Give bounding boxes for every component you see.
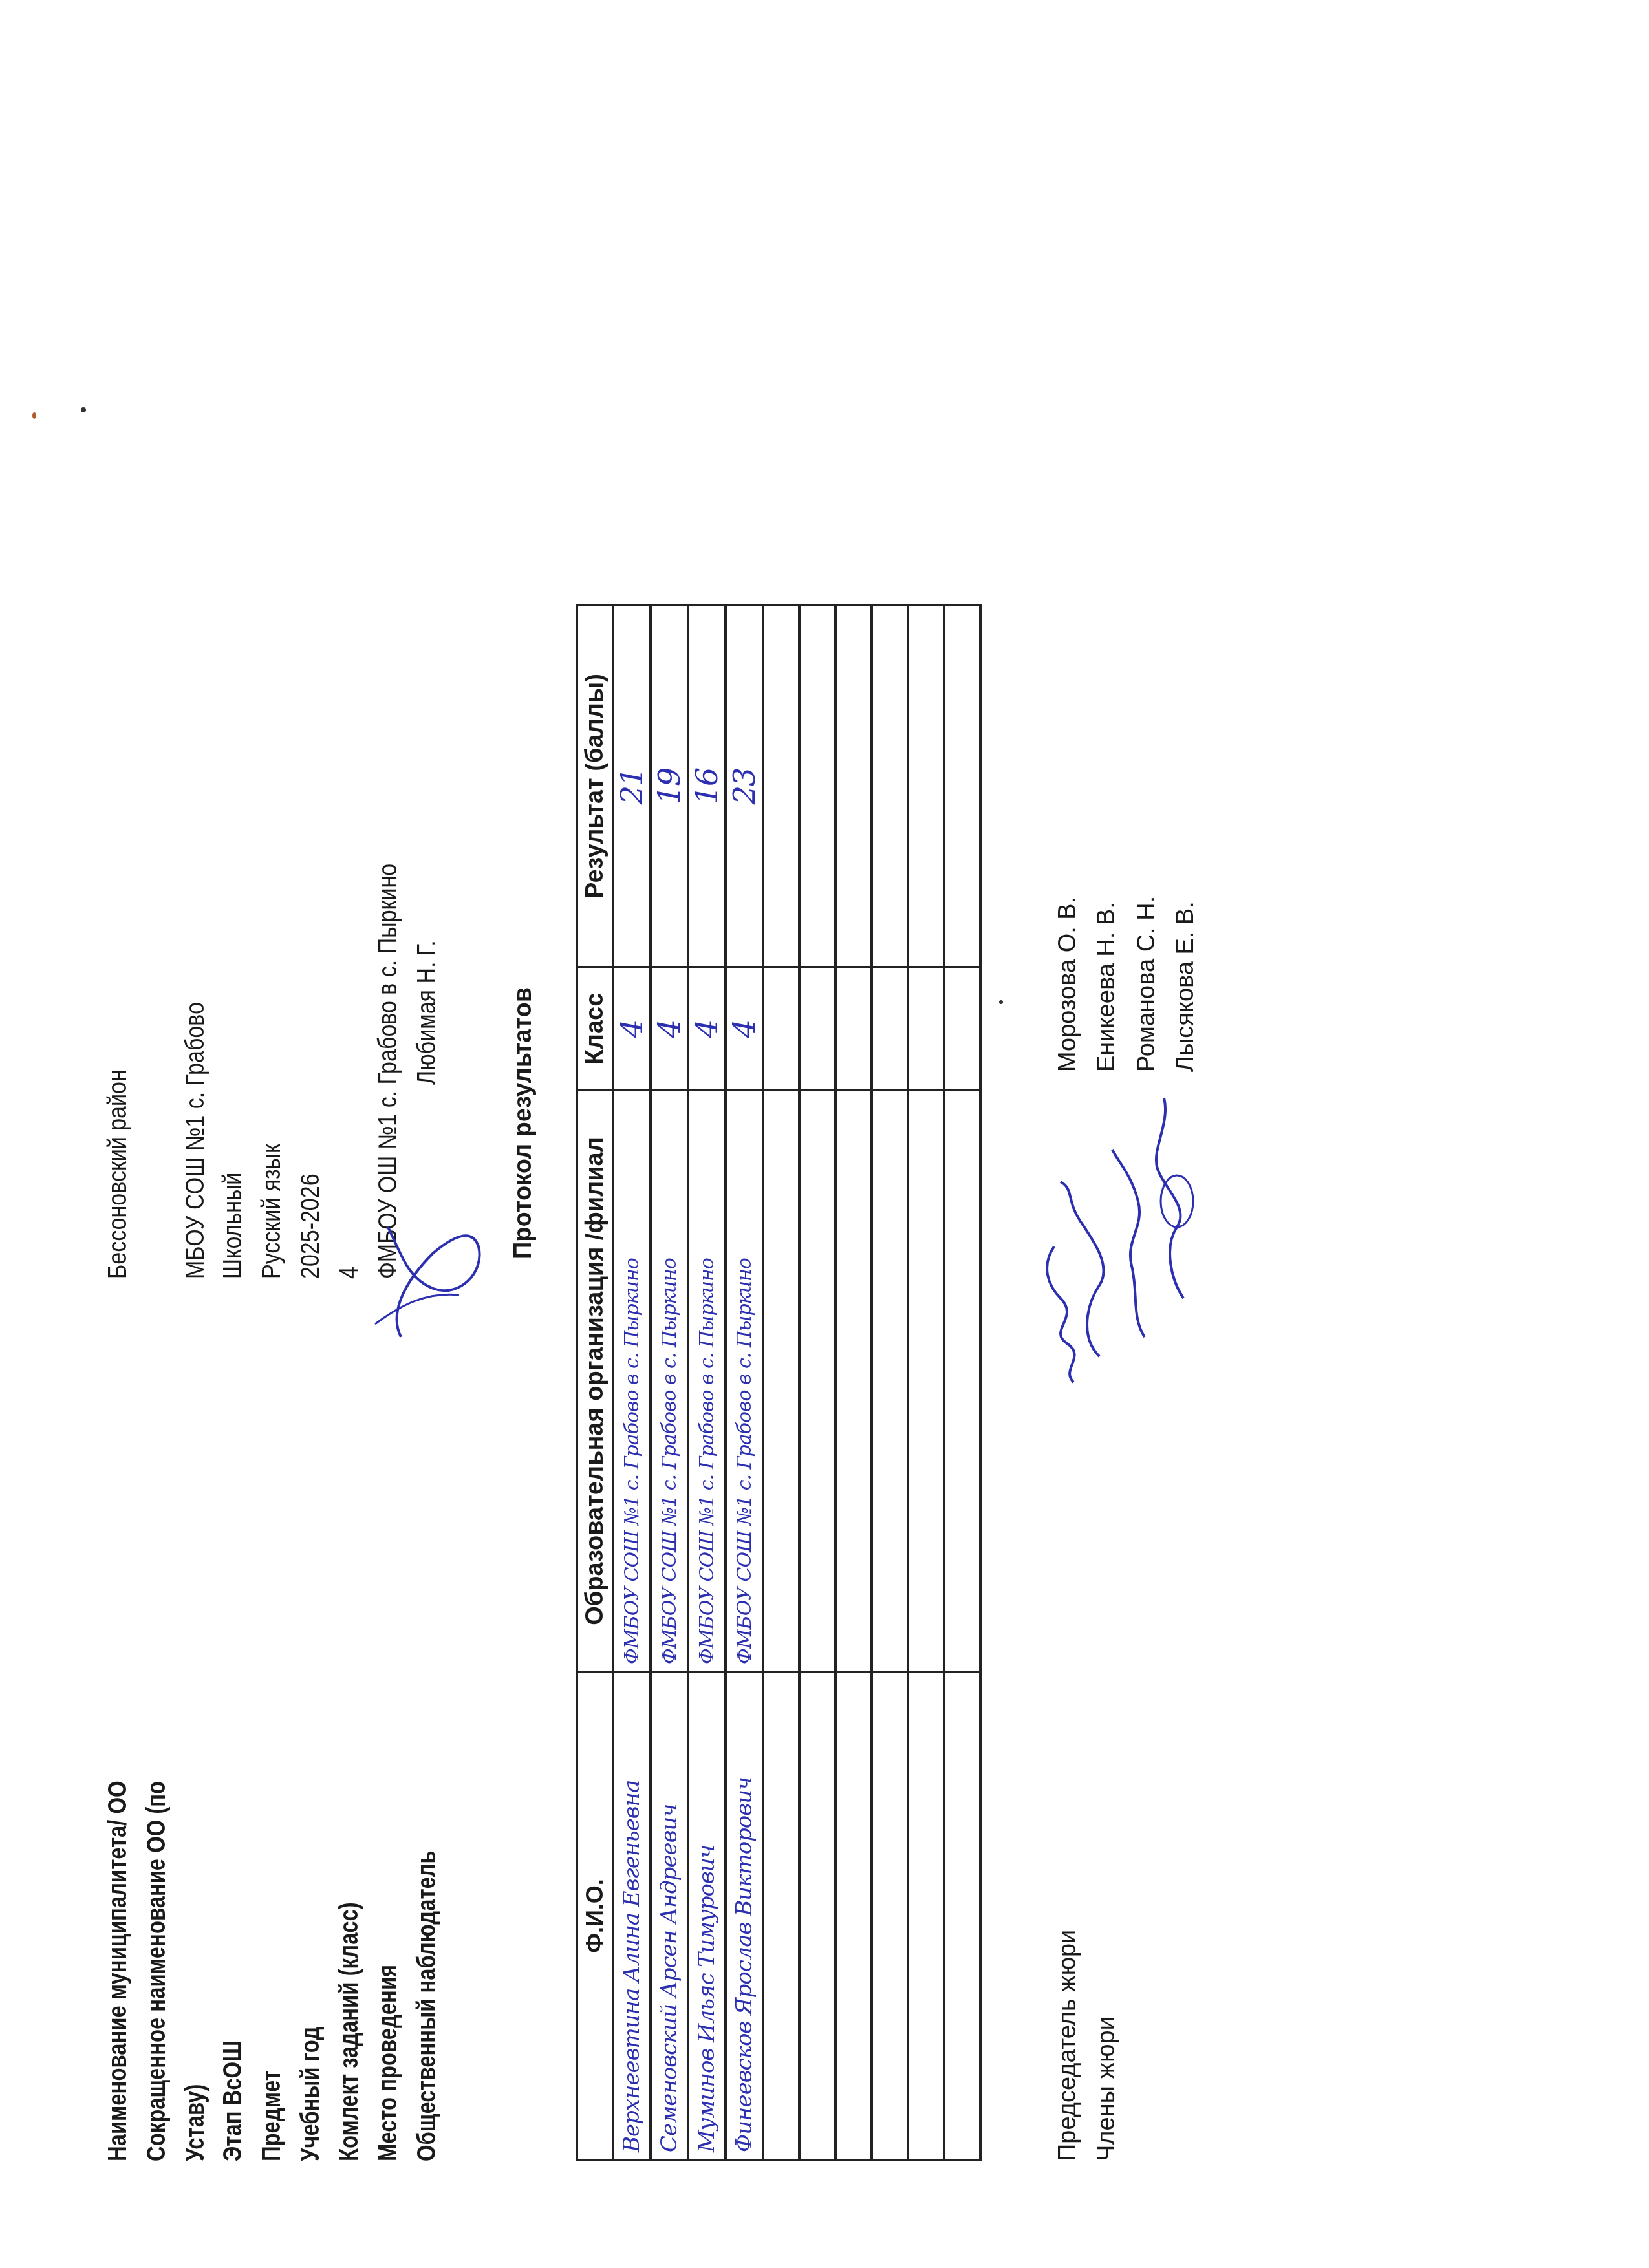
- cell-organization: ФМБОУ СОШ №1 с. Грабово в с. Пыркино: [613, 1090, 651, 1672]
- jury-chair-name: Морозова О. В.: [1054, 897, 1082, 1072]
- cell-score: 19: [651, 605, 688, 967]
- info-value-year: 2025-2026: [296, 1173, 325, 1279]
- info-label-task-set: Комлект заданий (класс): [335, 1902, 364, 2161]
- cell-fio: [944, 1672, 980, 2160]
- cell-grade: 4: [651, 967, 688, 1090]
- cell-fio: [908, 1672, 944, 2160]
- cell-fio: [835, 1672, 872, 2160]
- info-label-municipality: Наименование муниципалитета/ ОО: [103, 1781, 133, 2161]
- info-value-stage: Школьный: [219, 1173, 248, 1279]
- jury-signatures-icon: [1035, 1085, 1216, 1395]
- table-header-row: Ф.И.О. Образовательная организация /фили…: [577, 605, 613, 2160]
- scan-speck: [32, 412, 36, 419]
- table-row: [799, 605, 835, 2160]
- observer-signature-icon: [362, 1214, 491, 1350]
- table-row: Семеновский Арсен АндреевичФМБОУ СОШ №1 …: [651, 605, 688, 2160]
- cell-grade: [908, 967, 944, 1090]
- info-label-observer: Общественный наблюдатель: [413, 1850, 442, 2161]
- cell-grade: [799, 967, 835, 1090]
- cell-organization: ФМБОУ СОШ №1 с. Грабово в с. Пыркино: [688, 1090, 726, 1672]
- scanned-protocol-page: Наименование муниципалитета/ ОО Сокращен…: [0, 0, 1649, 2268]
- scan-speck: [999, 1000, 1003, 1004]
- jury-member-name: Романова С. Н.: [1133, 896, 1161, 1072]
- cell-organization: [908, 1090, 944, 1672]
- cell-organization: ФМБОУ СОШ №1 с. Грабово в с. Пыркино: [651, 1090, 688, 1672]
- cell-score: [799, 605, 835, 967]
- table-row: [908, 605, 944, 2160]
- cell-score: 23: [726, 605, 763, 967]
- header-fio: Ф.И.О.: [577, 1672, 613, 2160]
- info-value-municipality: Бессоновский район: [103, 1069, 133, 1279]
- cell-fio: Семеновский Арсен Андреевич: [651, 1672, 688, 2160]
- info-label-short-name: Сокращенное наименование ОО (по: [142, 1781, 171, 2161]
- cell-organization: [944, 1090, 980, 1672]
- info-value-task-set: 4: [335, 1267, 364, 1279]
- table-row: [944, 605, 980, 2160]
- table-row: Муминов Ильяс ТимуровичФМБОУ СОШ №1 с. Г…: [688, 605, 726, 2160]
- cell-score: 16: [688, 605, 726, 967]
- cell-organization: [799, 1090, 835, 1672]
- table-row: Финеевсков Ярослав ВикторовичФМБОУ СОШ №…: [726, 605, 763, 2160]
- info-label-venue: Место проведения: [374, 1965, 403, 2161]
- header-grade: Класс: [577, 967, 613, 1090]
- cell-fio: [763, 1672, 799, 2160]
- cell-grade: 4: [688, 967, 726, 1090]
- cell-score: [835, 605, 872, 967]
- protocol-title: Протокол результатов: [510, 987, 537, 1259]
- header-score: Результат (баллы): [577, 605, 613, 967]
- header-organization: Образовательная организация /филиал: [577, 1090, 613, 1672]
- cell-grade: [835, 967, 872, 1090]
- jury-member-name: Лысякова Е. В.: [1172, 901, 1200, 1072]
- cell-score: [763, 605, 799, 967]
- cell-organization: [872, 1090, 908, 1672]
- cell-organization: [835, 1090, 872, 1672]
- jury-members-label: Члены жюри: [1093, 2017, 1121, 2161]
- info-label-year: Учебный год: [296, 2027, 325, 2161]
- table-row: [872, 605, 908, 2160]
- cell-organization: ФМБОУ СОШ №1 с. Грабово в с. Пыркино: [726, 1090, 763, 1672]
- table-row: Верхнеевтина Алина ЕвгеньевнаФМБОУ СОШ №…: [613, 605, 651, 2160]
- cell-score: [944, 605, 980, 967]
- cell-fio: Верхнеевтина Алина Евгеньевна: [613, 1672, 651, 2160]
- scan-speck: [81, 407, 86, 412]
- info-label-subject: Предмет: [257, 2070, 286, 2161]
- info-label-short-name-cont: Уставу): [181, 2084, 210, 2161]
- cell-fio: [872, 1672, 908, 2160]
- table-row: [835, 605, 872, 2160]
- info-value-subject: Русский язык: [257, 1144, 286, 1279]
- info-value-short-name: МБОУ СОШ №1 с. Грабово: [181, 1002, 210, 1279]
- cell-fio: [799, 1672, 835, 2160]
- cell-grade: [763, 967, 799, 1090]
- cell-grade: 4: [613, 967, 651, 1090]
- cell-fio: Финеевсков Ярослав Викторович: [726, 1672, 763, 2160]
- cell-grade: 4: [726, 967, 763, 1090]
- info-value-observer: Любимая Н. Г.: [413, 940, 442, 1085]
- cell-score: [872, 605, 908, 967]
- jury-chair-label: Председатель жюри: [1054, 1930, 1082, 2161]
- cell-organization: [763, 1090, 799, 1672]
- cell-score: 21: [613, 605, 651, 967]
- cell-score: [908, 605, 944, 967]
- results-table: Ф.И.О. Образовательная организация /фили…: [576, 604, 982, 2161]
- cell-grade: [872, 967, 908, 1090]
- jury-member-name: Еникеева Н. В.: [1093, 902, 1121, 1072]
- cell-grade: [944, 967, 980, 1090]
- cell-fio: Муминов Ильяс Тимурович: [688, 1672, 726, 2160]
- table-row: [763, 605, 799, 2160]
- info-label-stage: Этап ВсОШ: [219, 2040, 248, 2161]
